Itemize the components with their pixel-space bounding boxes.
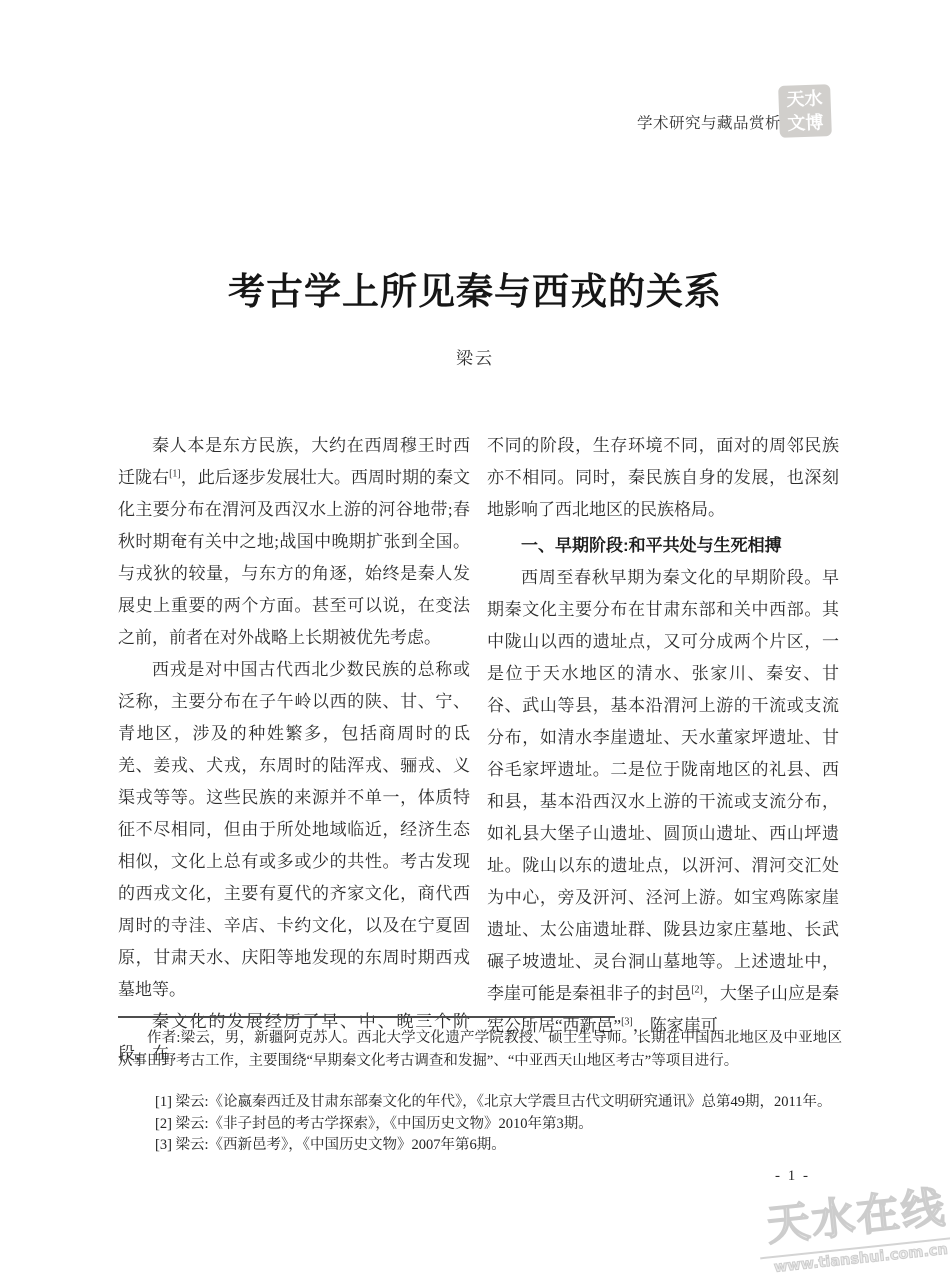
- watermark-brand: 天水在线: [755, 1186, 950, 1250]
- tianshui-wenbo-seal-icon: 天水 文博: [778, 84, 832, 138]
- article-title: 考古学上所见秦与西戎的关系: [0, 261, 950, 315]
- footnote-divider: [118, 1016, 615, 1018]
- watermark-rule: [760, 1236, 950, 1259]
- seal-row-2: 文博: [779, 113, 832, 133]
- article-author: 梁云: [0, 344, 950, 369]
- reference-3: [3] 梁云:《西新邑考》，《中国历史文物》2007年第6期。: [155, 1135, 845, 1157]
- reference-list: [1] 梁云:《论嬴秦西迁及甘肃东部秦文化的年代》，《北京大学震旦古代文明研究通…: [155, 1092, 845, 1157]
- page-number: - 1 -: [775, 1168, 810, 1185]
- author-bio-note: 作者:梁云，男，新疆阿克苏人。西北大学文化遗产学院教授、硕士生导师。长期在中国西…: [118, 1027, 842, 1073]
- paragraph-2: 西戎是对中国古代西北少数民族的总称或泛称，主要分布在子午岭以西的陕、甘、宁、青地…: [118, 654, 470, 1006]
- paragraph-1: 秦人本是东方民族，大约在西周穆王时西迁陇右[1]，此后逐步发展壮大。西周时期的秦…: [118, 430, 470, 654]
- reference-1: [1] 梁云:《论嬴秦西迁及甘肃东部秦文化的年代》，《北京大学震旦古代文明研究通…: [155, 1092, 845, 1114]
- section-heading-1: 一、早期阶段:和平共处与生死相搏: [487, 530, 839, 562]
- watermark-url: www.tianshui.com.cn: [761, 1240, 950, 1277]
- journal-page: 学术研究与藏品赏析 天水 文博 考古学上所见秦与西戎的关系 梁云 秦人本是东方民…: [0, 0, 950, 1279]
- paragraph-4: 西周至春秋早期为秦文化的早期阶段。早期秦文化主要分布在甘肃东部和关中西部。其中陇…: [487, 562, 839, 1042]
- paragraph-3-end: 不同的阶段，生存环境不同，面对的周邻民族亦不相同。同时，秦民族自身的发展，也深刻…: [487, 430, 839, 526]
- body-column-right: 不同的阶段，生存环境不同，面对的周邻民族亦不相同。同时，秦民族自身的发展，也深刻…: [487, 430, 839, 1042]
- site-watermark: 天水在线 www.tianshui.com.cn: [755, 1186, 950, 1278]
- section-label: 学术研究与藏品赏析: [637, 111, 781, 133]
- seal-row-1: 天水: [778, 89, 831, 109]
- body-column-left: 秦人本是东方民族，大约在西周穆王时西迁陇右[1]，此后逐步发展壮大。西周时期的秦…: [118, 430, 470, 1070]
- reference-2: [2] 梁云:《非子封邑的考古学探索》，《中国历史文物》2010年第3期。: [155, 1114, 845, 1136]
